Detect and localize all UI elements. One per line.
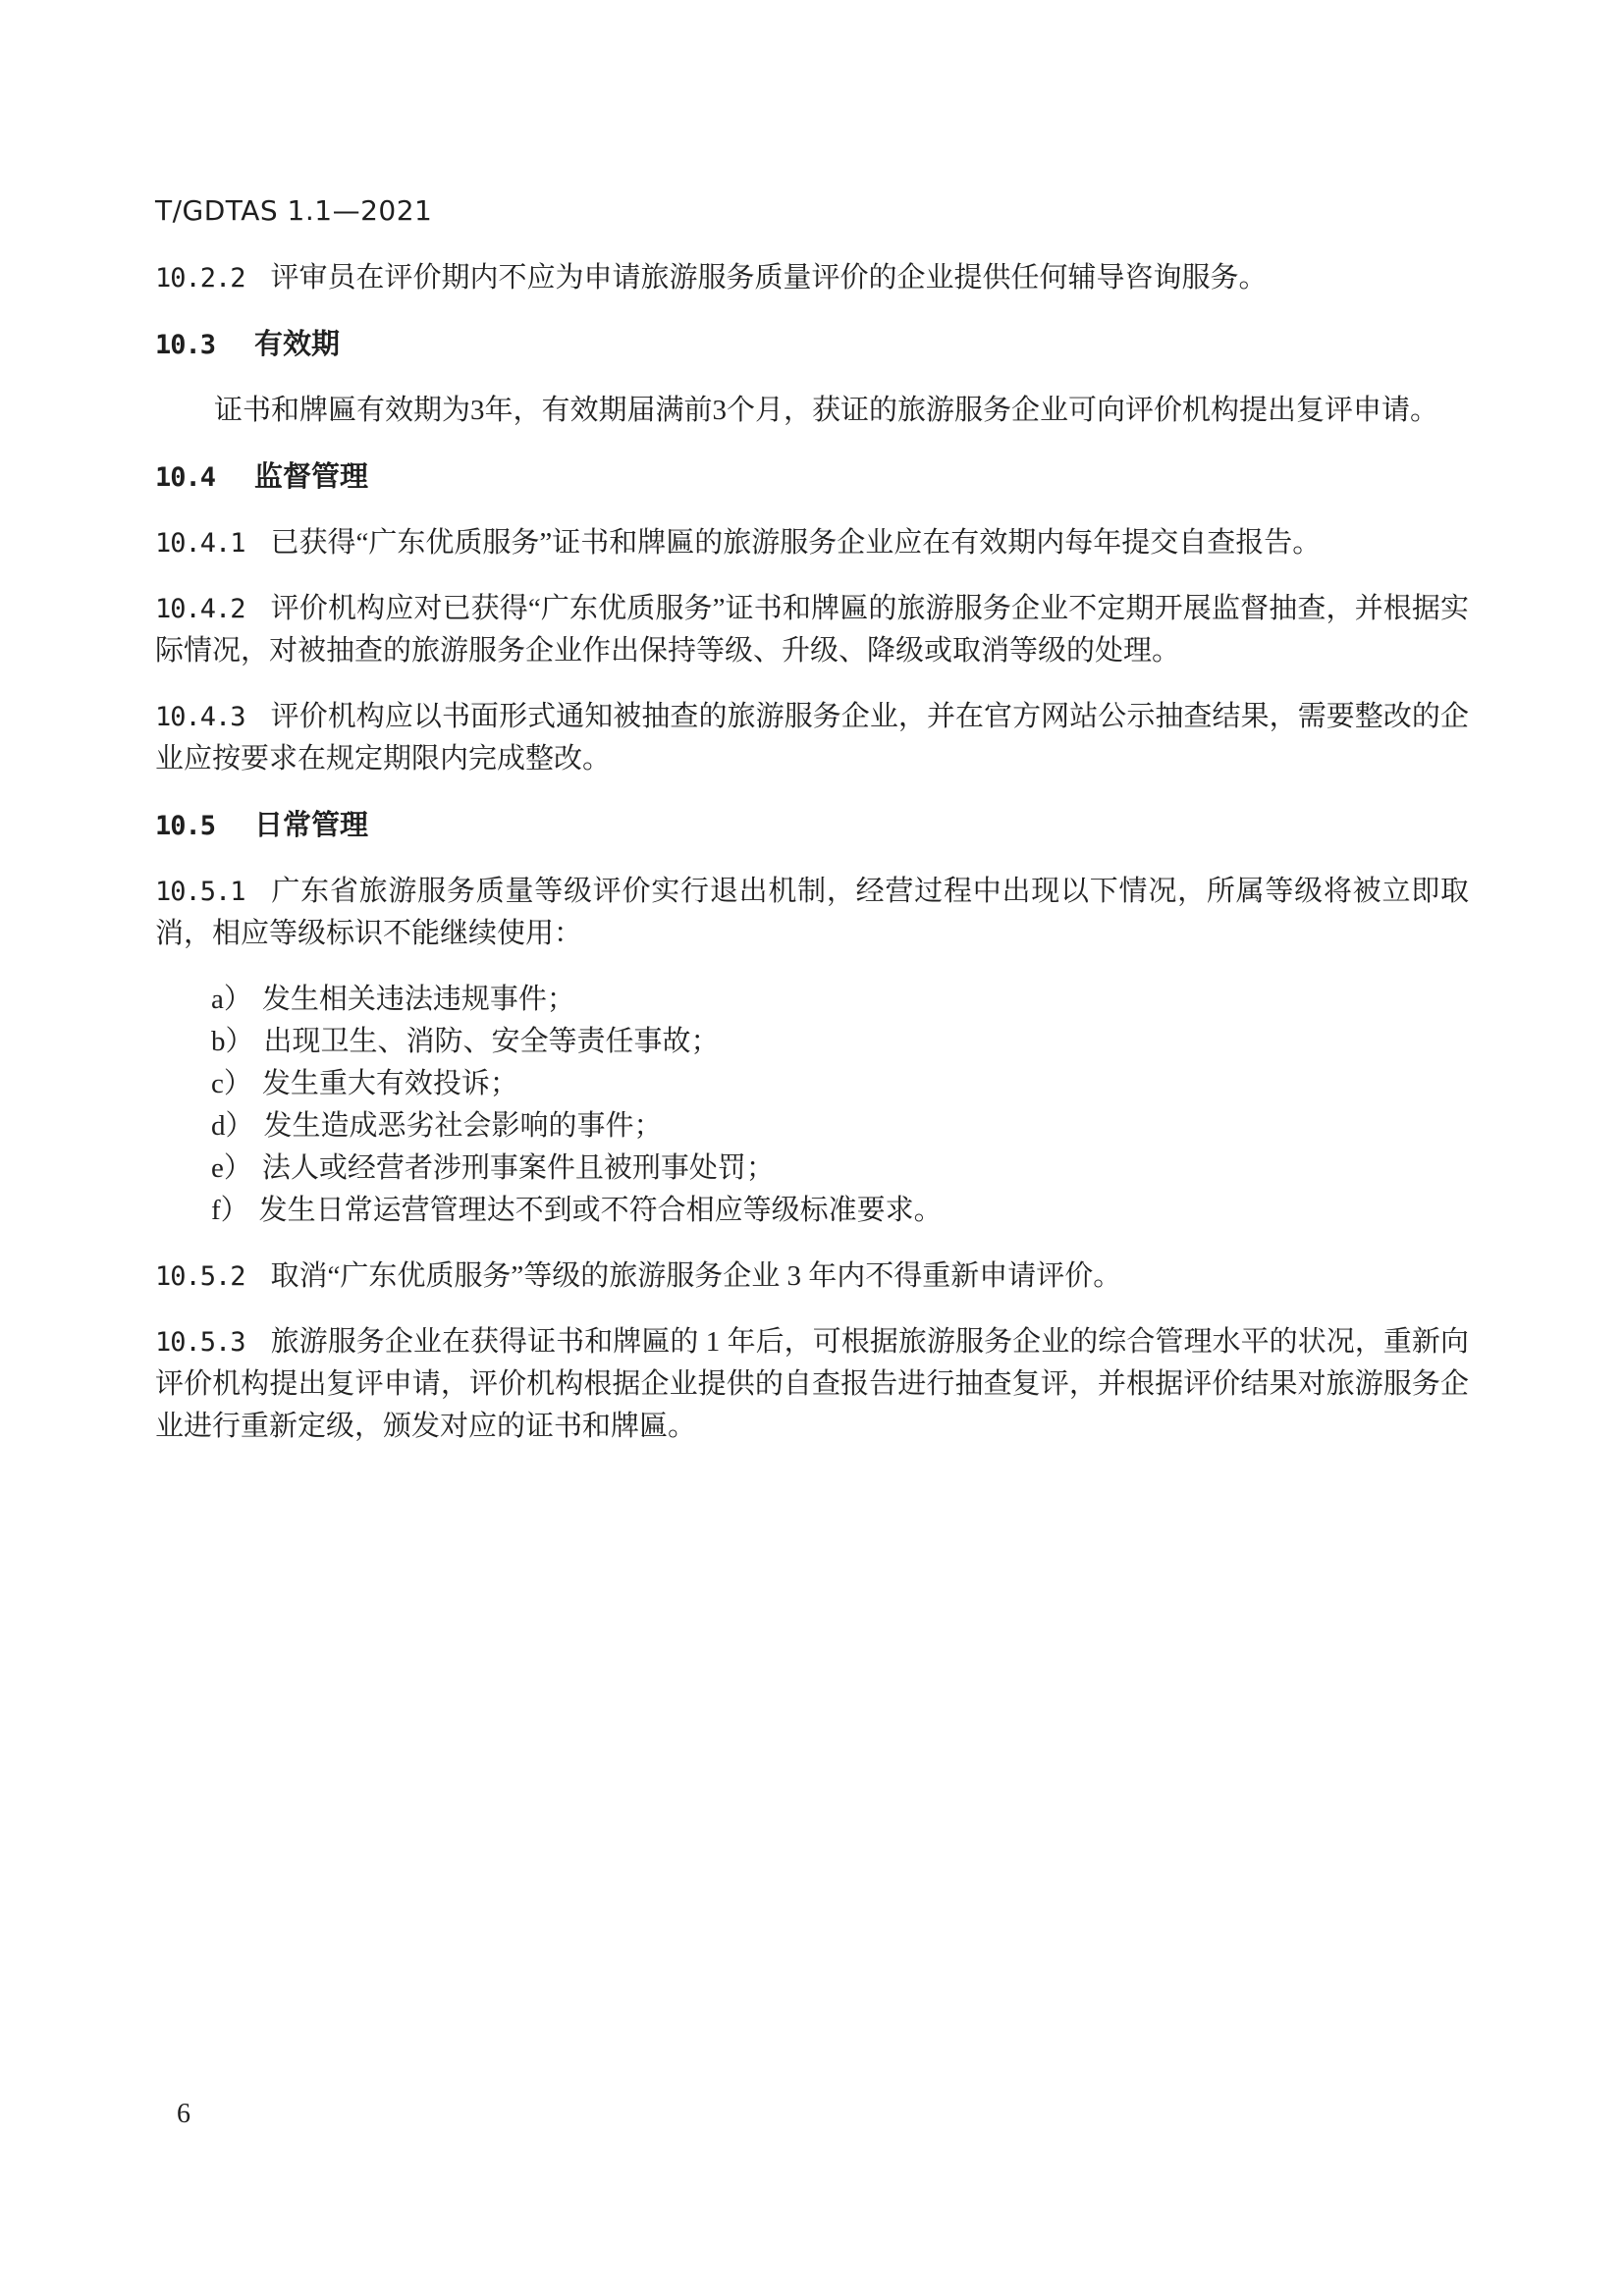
clause-number: 10.5.3 [155, 1327, 245, 1358]
section-heading-10-3: 10.3有效期 [155, 323, 1469, 366]
heading-title: 日常管理 [254, 808, 368, 841]
clause-10-4-2: 10.4.2评价机构应对已获得“广东优质服务”证书和牌匾的旅游服务企业不定期开展… [155, 588, 1469, 672]
list-item-text: 出现卫生、消防、安全等责任事故； [264, 1026, 720, 1057]
section-heading-10-5: 10.5日常管理 [155, 804, 1469, 847]
paragraph-text: 证书和牌匾有效期为3年，有效期届满前3个月，获证的旅游服务企业可向评价机构提出复… [214, 395, 1438, 426]
list-item-text: 发生相关违法违规事件； [262, 984, 575, 1015]
clause-number: 10.2.2 [155, 263, 245, 294]
heading-title: 有效期 [254, 327, 340, 360]
list-item-marker: d） [211, 1110, 254, 1142]
heading-number: 10.3 [155, 330, 215, 360]
clause-number: 10.5.1 [155, 877, 245, 907]
list-item-b: b）出现卫生、消防、安全等责任事故； [211, 1021, 1469, 1063]
clause-10-5-3: 10.5.3旅游服务企业在获得证书和牌匾的 1 年后，可根据旅游服务企业的综合管… [155, 1321, 1469, 1448]
paragraph-10-3: 证书和牌匾有效期为3年，有效期届满前3个月，获证的旅游服务企业可向评价机构提出复… [155, 390, 1469, 432]
list-item-marker: e） [211, 1152, 252, 1184]
list-item-text: 发生日常运营管理达不到或不符合相应等级标准要求。 [259, 1195, 943, 1226]
list-item-text: 发生造成恶劣社会影响的事件； [264, 1110, 663, 1142]
list-item-a: a）发生相关违法违规事件； [211, 979, 1469, 1021]
clause-10-5-2: 10.5.2取消“广东优质服务”等级的旅游服务企业 3 年内不得重新申请评价。 [155, 1255, 1469, 1298]
heading-number: 10.5 [155, 811, 215, 841]
list-item-marker: a） [211, 984, 252, 1015]
clause-text: 评价机构应以书面形式通知被抽查的旅游服务企业，并在官方网站公示抽查结果，需要整改… [155, 701, 1469, 774]
list-item-f: f）发生日常运营管理达不到或不符合相应等级标准要求。 [211, 1190, 1469, 1232]
list-item-e: e）法人或经营者涉刑事案件且被刑事处罚； [211, 1148, 1469, 1190]
clause-number: 10.4.2 [155, 594, 245, 624]
list-item-text: 法人或经营者涉刑事案件且被刑事处罚； [262, 1152, 775, 1184]
list-item-marker: b） [211, 1026, 254, 1057]
section-heading-10-4: 10.4监督管理 [155, 455, 1469, 499]
page-number: 6 [177, 2099, 190, 2130]
heading-title: 监督管理 [254, 459, 368, 493]
clause-10-4-3: 10.4.3评价机构应以书面形式通知被抽查的旅游服务企业，并在官方网站公示抽查结… [155, 696, 1469, 780]
clause-number: 10.5.2 [155, 1261, 245, 1292]
list-item-c: c）发生重大有效投诉； [211, 1063, 1469, 1105]
clause-10-4-1: 10.4.1已获得“广东优质服务”证书和牌匾的旅游服务企业应在有效期内每年提交自… [155, 522, 1469, 564]
clause-text: 评价机构应对已获得“广东优质服务”证书和牌匾的旅游服务企业不定期开展监督抽查，并… [155, 593, 1469, 667]
exit-condition-list: a）发生相关违法违规事件； b）出现卫生、消防、安全等责任事故； c）发生重大有… [155, 979, 1469, 1232]
list-item-text: 发生重大有效投诉； [262, 1068, 518, 1099]
list-item-marker: f） [211, 1195, 249, 1226]
list-item-d: d）发生造成恶劣社会影响的事件； [211, 1105, 1469, 1148]
standard-code-header: T/GDTAS 1.1—2021 [155, 194, 432, 227]
list-item-marker: c） [211, 1068, 252, 1099]
clause-text: 已获得“广东优质服务”证书和牌匾的旅游服务企业应在有效期内每年提交自查报告。 [271, 527, 1322, 559]
clause-text: 取消“广东优质服务”等级的旅游服务企业 3 年内不得重新申请评价。 [271, 1260, 1122, 1292]
document-body: 10.2.2评审员在评价期内不应为申请旅游服务质量评价的企业提供任何辅导咨询服务… [155, 257, 1469, 1471]
clause-text: 旅游服务企业在获得证书和牌匾的 1 年后，可根据旅游服务企业的综合管理水平的状况… [155, 1326, 1469, 1442]
clause-text: 广东省旅游服务质量等级评价实行退出机制，经营过程中出现以下情况，所属等级将被立即… [155, 876, 1469, 949]
clause-number: 10.4.3 [155, 702, 245, 732]
clause-10-2-2: 10.2.2评审员在评价期内不应为申请旅游服务质量评价的企业提供任何辅导咨询服务… [155, 257, 1469, 299]
clause-number: 10.4.1 [155, 528, 245, 559]
clause-text: 评审员在评价期内不应为申请旅游服务质量评价的企业提供任何辅导咨询服务。 [271, 262, 1268, 294]
heading-number: 10.4 [155, 462, 215, 493]
clause-10-5-1: 10.5.1广东省旅游服务质量等级评价实行退出机制，经营过程中出现以下情况，所属… [155, 871, 1469, 955]
